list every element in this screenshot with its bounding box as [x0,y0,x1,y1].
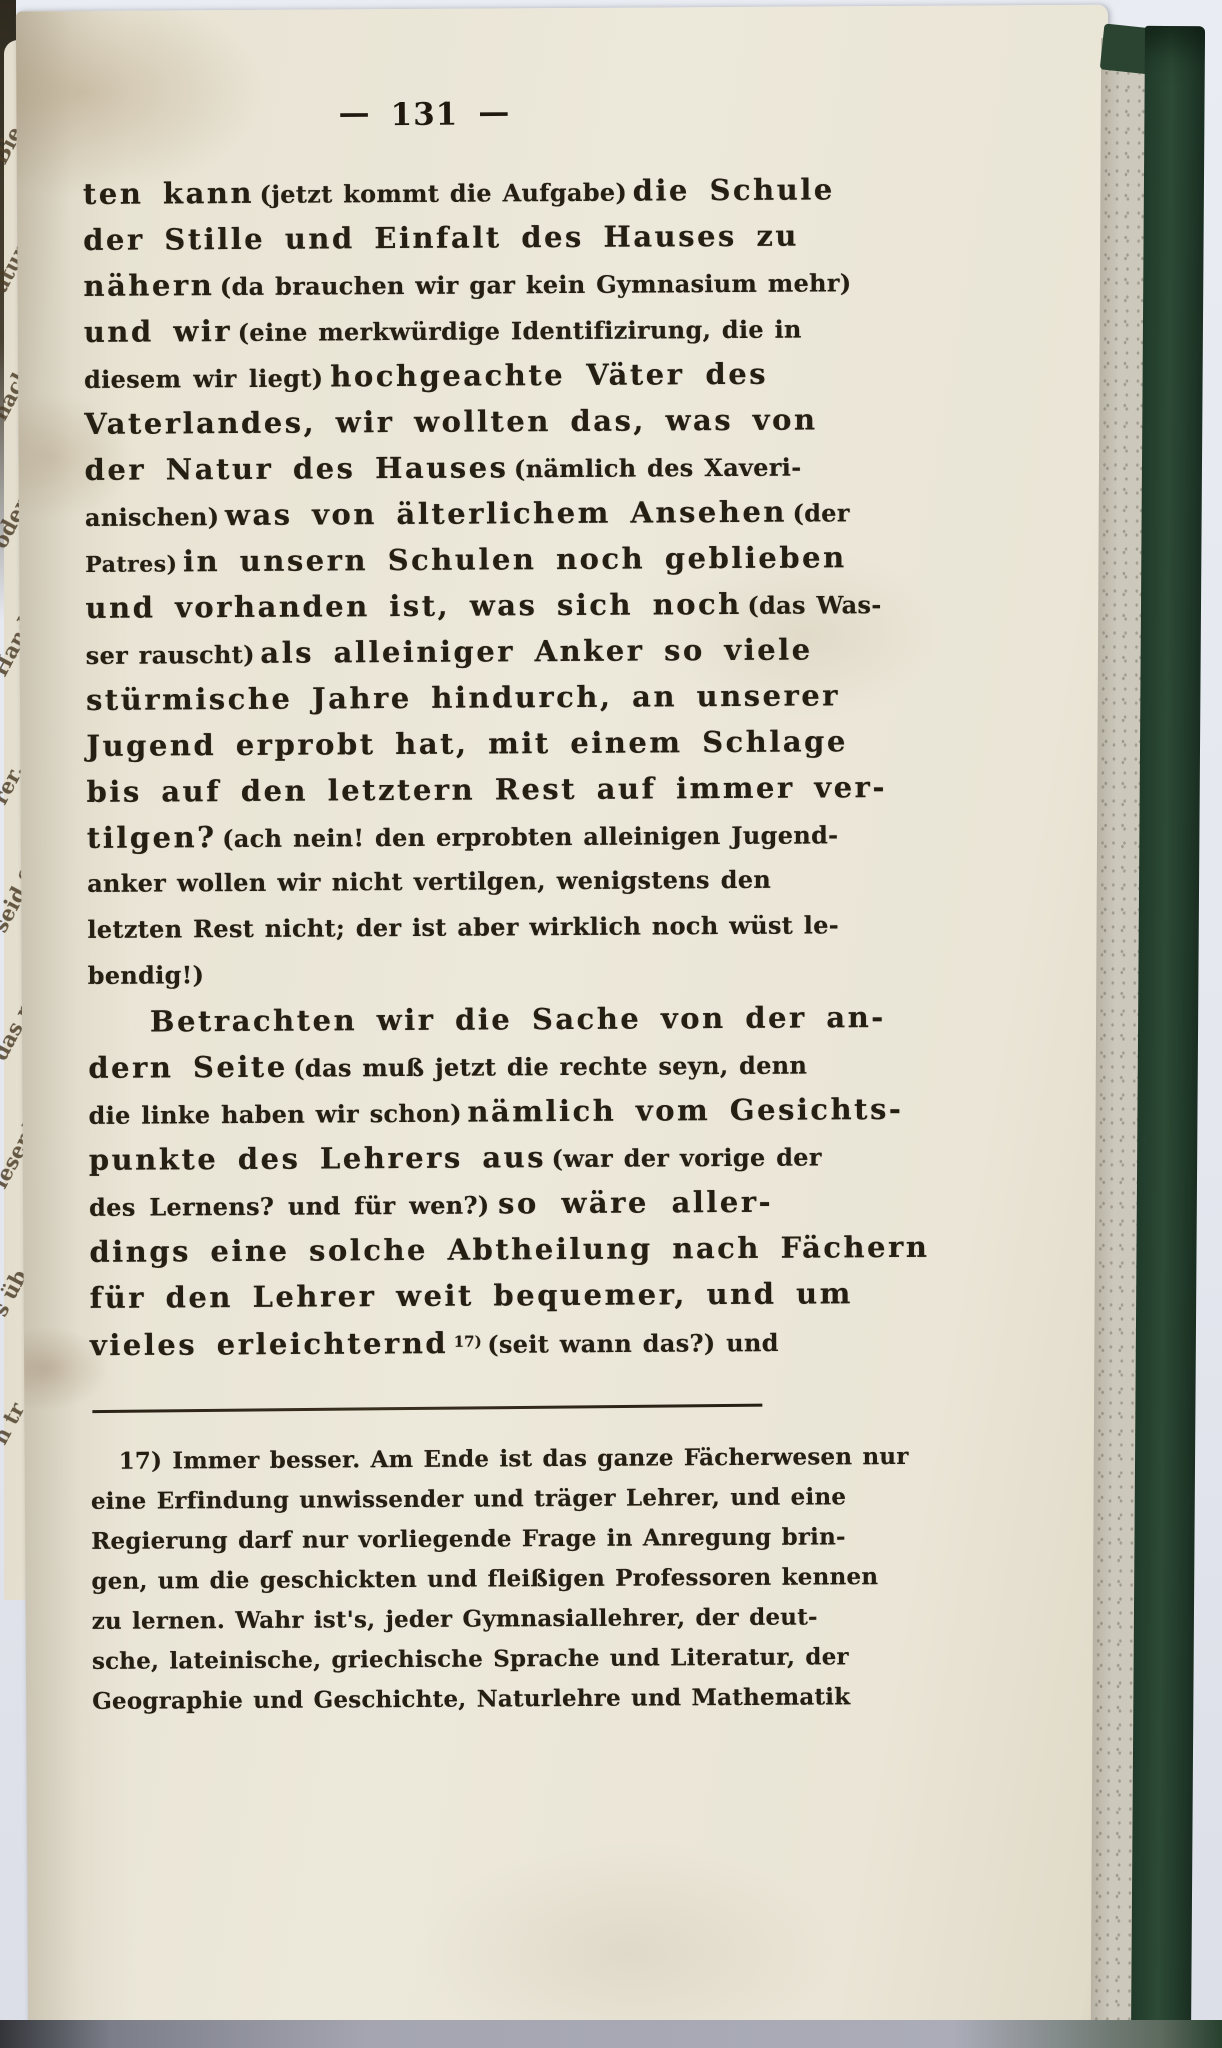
text-line: anischen) was von älterlichem Ansehen (d… [85,489,769,539]
text-line: und wir (eine merkwürdige Identifizirung… [84,305,768,355]
footnote-line: Geographie und Geschichte, Naturlehre un… [92,1678,776,1722]
text-line: ser rauscht) als alleiniger Anker so vie… [86,627,770,677]
text-segment: (jetzt kommt die Aufgabe) [260,178,628,209]
text-line: stürmische Jahre hindurch, an unserer [86,673,770,723]
text-line: ten kann (jetzt kommt die Aufgabe) die S… [83,167,767,217]
text-segment: dings eine solche Abtheilung nach Fächer… [89,1230,929,1269]
text-segment: die linke haben wir schon) [88,1099,461,1130]
text-segment: ten kann [83,176,254,211]
text-segment: ser rauscht) [86,640,255,670]
text-line: Vaterlandes, wir wollten das, was von [84,397,768,447]
text-segment: was von älterlichem Ansehen [225,495,787,532]
text-segment: letzten Rest nicht; der ist aber wirklic… [87,910,839,944]
text-segment: in unsern Schulen noch geblieben [183,540,847,578]
text-segment: (das muß jetzt die rechte seyn, denn [293,1051,807,1083]
text-segment: der Natur des Hauses [85,450,509,487]
footnote-rule [92,1404,762,1413]
text-segment: vieles erleichternd [90,1326,448,1362]
text-segment: des Lernens? und für wen?) [89,1190,490,1221]
text-line: die linke haben wir schon) nämlich vom G… [88,1087,772,1137]
text-segment: anker wollen wir nicht vertilgen, wenigs… [87,865,771,898]
text-line: dern Seite (das muß jetzt die rechte sey… [88,1041,772,1091]
text-line: bendig!) [88,949,772,999]
text-segment: (eine merkwürdige Identifizirung, die in [238,315,802,347]
text-line: punkte des Lehrers aus (war der vorige d… [89,1133,773,1183]
text-segment: nähern [83,268,214,303]
text-line: diesem wir liegt) hochgeachte Väter des [84,351,768,401]
text-segment: anischen) [85,502,220,532]
footnote-line: 17) Immer besser. Am Ende ist das ganze … [91,1438,775,1482]
book-page: —131— ten kann (jetzt kommt die Aufgabe)… [16,5,1120,2038]
text-segment: (seit wann das?) und [487,1328,779,1359]
text-segment: Patres) [85,551,177,578]
text-segment: nämlich vom Gesichts- [467,1092,903,1129]
text-segment: die Schule [633,172,835,207]
text-segment: (ach nein! den erprobten alleinigen Juge… [222,820,838,853]
text-line: dings eine solche Abtheilung nach Fächer… [89,1225,773,1275]
page-number-header: —131— [82,95,766,143]
text-line: der Natur des Hauses (nämlich des Xaveri… [84,443,768,493]
text-segment: Jugend erprobt hat, mit einem Schlage [86,724,848,763]
footnote-line: eine Erfindung unwissender und träger Le… [91,1478,775,1522]
text-line: für den Lehrer weit bequemer, und um [90,1271,774,1321]
header-dash-right: — [478,94,510,130]
text-line: der Stille und Einfalt des Hauses zu [83,213,767,263]
text-line: Betrachten wir die Sache von der an- [88,995,772,1045]
text-line: nähern (da brauchen wir gar kein Gymnasi… [83,259,767,309]
book-photo: Bie maturnachoder EHandrer,seid Sdas mei… [0,0,1222,2048]
text-segment: (war der vorige der [552,1142,822,1173]
text-segment: stürmische Jahre hindurch, an unserer [86,678,840,717]
text-line: letzten Rest nicht; der ist aber wirklic… [87,903,771,953]
text-segment: (nämlich des Xaveri- [514,453,802,484]
text-segment: (der [792,498,849,527]
text-line: Patres) in unsern Schulen noch geblieben [85,535,769,585]
text-line: tilgen? (ach nein! den erprobten alleini… [87,811,771,861]
text-line: des Lernens? und für wen?) so wäre aller… [89,1179,773,1229]
footnote-line: Regierung darf nur vorliegende Frage in … [91,1518,775,1562]
header-dash-left: — [338,95,370,131]
text-line: vieles erleichternd 17) (seit wann das?)… [90,1317,774,1367]
footnote-line: sche, lateinische, griechische Sprache u… [92,1638,776,1682]
text-line: und vorhanden ist, was sich noch (das Wa… [85,581,769,631]
text-segment: bendig!) [88,960,205,990]
footnote-line: gen, um die geschickten und fleißigen Pr… [91,1558,775,1602]
footnote: 17) Immer besser. Am Ende ist das ganze … [91,1438,777,1722]
text-line: anker wollen wir nicht vertilgen, wenigs… [87,857,771,907]
bottom-shadow [0,2020,1222,2048]
text-line: bis auf den letztern Rest auf immer ver- [86,765,770,815]
page-number: 131 [390,97,458,133]
text-segment: so wäre aller- [498,1185,773,1221]
text-segment: bis auf den letztern Rest auf immer ver- [86,770,887,809]
text-segment: Vaterlandes, wir wollten das, was von [84,402,817,440]
text-segment: dern Seite [88,1050,288,1085]
text-segment: der Stille und Einfalt des Hauses zu [83,219,799,257]
page-content: —131— ten kann (jetzt kommt die Aufgabe)… [82,7,776,1722]
text-segment: und wir [84,314,233,349]
text-segment: Betrachten wir die Sache von der an- [150,1000,886,1038]
body-text: ten kann (jetzt kommt die Aufgabe) die S… [83,167,774,1367]
text-segment: (da brauchen wir gar kein Gymnasium mehr… [220,268,852,301]
text-segment: als alleiniger Anker so viele [260,632,812,669]
text-segment: hochgeachte Väter des [330,357,768,394]
book-cover-green [1131,26,1205,2048]
text-line: Jugend erprobt hat, mit einem Schlage [86,719,770,769]
text-segment: und vorhanden ist, was sich noch [85,587,742,625]
text-segment: (das Was- [747,590,881,620]
text-segment: 17) [454,1333,482,1351]
text-segment: tilgen? [87,820,217,855]
text-segment: punkte des Lehrers aus [89,1140,546,1177]
text-segment: diesem wir liegt) [84,363,323,393]
footnote-line: zu lernen. Wahr ist's, jeder Gymnasialle… [92,1598,776,1642]
text-segment: für den Lehrer weit bequemer, und um [90,1276,853,1315]
